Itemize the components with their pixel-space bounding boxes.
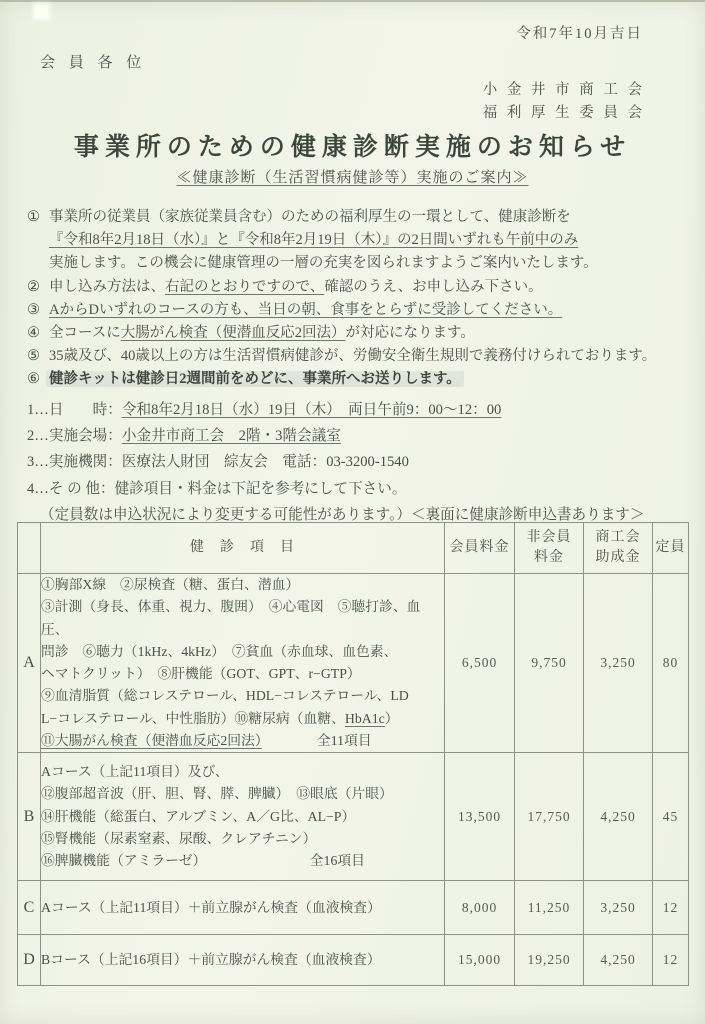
exam-items: ①胸部X線 ②尿検査（糖、蛋白、潜血）③計測（身長、体重、視力、腹囲） ④心電図… xyxy=(41,574,445,753)
scan-top-edge xyxy=(0,0,705,2)
exam-item-segment: Bコース（上記16項目）＋前立腺がん検査（血液検査） xyxy=(41,952,381,967)
table-row-C: CAコース（上記11項目）＋前立腺がん検査（血液検査）8,00011,2503,… xyxy=(18,881,689,935)
capacity: 12 xyxy=(653,881,689,935)
note-item: ⑤35歳及び、40歳以上の方は生活習慣病健診が、労働安全衛生規則で義務付けられて… xyxy=(27,345,687,368)
notes-list: ①事業所の従業員（家族従業員含む）のための福利厚生の一環として、健康診断を 『令… xyxy=(27,206,687,392)
exam-items: Bコース（上記16項目）＋前立腺がん検査（血液検査） xyxy=(41,935,445,986)
nonmember-fee: 17,750 xyxy=(515,753,584,881)
info-value: 小金井市商工会 2階・3階会議室 xyxy=(122,428,341,444)
exam-item-segment: 問診 ⑥聴力（1kHz、4kHz） ⑦貧血（赤血球、血色素、 xyxy=(41,644,397,659)
note-item: ③AからDいずれのコースの方も、当日の朝、食事をとらずに受診してください。 xyxy=(27,299,687,322)
member-fee: 6,500 xyxy=(445,574,515,753)
info-label: 3…実施機関： xyxy=(27,454,122,470)
course-letter: C xyxy=(18,881,41,935)
course-letter: B xyxy=(18,753,41,881)
exam-item-line: Aコース（上記11項目）及び、 xyxy=(41,761,444,783)
exam-items: Aコース（上記11項目）＋前立腺がん検査（血液検査） xyxy=(41,881,445,935)
exam-item-line: ⑭肝機能（総蛋白、アルブミン、A／G比、AL−P） xyxy=(41,806,444,828)
table-header-cell xyxy=(18,523,41,574)
note-segment: が対応になります。 xyxy=(346,325,475,341)
note-item: ⑥健診キットは健診日2週間前をめどに、事業所へお送りします。 xyxy=(27,368,687,391)
exam-item-line: ⑯脾臓機能（アミラーゼ） 全16項目 xyxy=(41,850,444,872)
table-header-row: 健 診 項 目会員料金非会員 料金商工会 助成金定員 xyxy=(18,523,689,574)
note-item: ④全コースに大腸がん検査（便潜血反応2回法）が対応になります。 xyxy=(27,322,687,345)
table-header-cell: 商工会 助成金 xyxy=(584,523,653,574)
note-text: 全コースに大腸がん検査（便潜血反応2回法）が対応になります。 xyxy=(49,322,687,345)
info-label: 1…日 時： xyxy=(27,402,122,418)
subsidy-amount: 3,250 xyxy=(584,881,653,935)
course-letter: A xyxy=(18,574,41,753)
info-value: 令和8年2月18日（水）19日（木） 両日午前9：00～12：00 xyxy=(122,402,501,418)
organization-block: 小 金 井 市 商 工 会 福 利 厚 生 委 員 会 xyxy=(483,79,645,125)
exam-item-line: ⑫腹部超音波（肝、胆、腎、膵、脾臓） ⑬眼底（片眼） xyxy=(41,783,444,805)
recipient-line: 会 員 各 位 xyxy=(40,51,146,72)
document-date: 令和7年10月吉日 xyxy=(516,22,643,43)
note-text: 申し込み方法は、右記のとおりですので、確認のうえ、お申し込み下さい。 xyxy=(49,276,687,299)
exam-item-segment: ⑪大腸がん検査（便潜血反応2回法） xyxy=(41,733,262,748)
info-line: 1…日 時：令和8年2月18日（水）19日（木） 両日午前9：00～12：00 xyxy=(27,397,695,423)
nonmember-fee: 19,250 xyxy=(515,935,584,986)
exam-item-line: Aコース（上記11項目）＋前立腺がん検査（血液検査） xyxy=(41,897,444,919)
info-list: 1…日 時：令和8年2月18日（水）19日（木） 両日午前9：00～12：002… xyxy=(27,397,695,502)
exam-item-segment: ③計測（身長、体重、視力、腹囲） ④心電図 ⑤聴打診、血圧、 xyxy=(41,599,420,636)
info-line: 2…実施会場：小金井市商工会 2階・3階会議室 xyxy=(27,423,695,449)
member-fee: 13,500 xyxy=(445,753,515,881)
note-segment: 事業所の従業員（家族従業員含む）のための福利厚生の一環として、健康診断を xyxy=(49,209,571,225)
note-text: AからDいずれのコースの方も、当日の朝、食事をとらずに受診してください。 xyxy=(49,299,687,322)
note-segment: 右記のとおりですので、 xyxy=(165,279,324,295)
exam-item-segment: ⑮腎機能（尿素窒素、尿酸、クレアチニン） xyxy=(41,831,316,846)
info-value: 健診項目・料金は下記を参考にして下さい。 xyxy=(115,481,407,497)
member-fee: 15,000 xyxy=(445,935,515,986)
subsidy-amount: 3,250 xyxy=(584,574,653,753)
note-segment: 申し込み方法は、 xyxy=(49,279,165,295)
exam-item-line: Bコース（上記16項目）＋前立腺がん検査（血液検査） xyxy=(41,949,444,971)
exam-item-segment: Aコース（上記11項目）＋前立腺がん検査（血液検査） xyxy=(41,900,381,915)
nonmember-fee: 11,250 xyxy=(515,881,584,935)
subtitle-text: ≪健康診断（生活習慣病健診等）実施のご案内≫ xyxy=(176,170,528,186)
exam-item-segment: 全11項目 xyxy=(262,733,372,748)
table-header-cell: 健 診 項 目 xyxy=(41,523,445,574)
page-subtitle: ≪健康診断（生活習慣病健診等）実施のご案内≫ xyxy=(0,166,705,187)
note-number: ③ xyxy=(27,299,49,322)
exam-item-line: ⑨血清脂質（総コレステロール、HDL−コレステロール、LD xyxy=(41,685,444,707)
table-header-cell: 会員料金 xyxy=(445,523,515,574)
table-body: A①胸部X線 ②尿検査（糖、蛋白、潜血）③計測（身長、体重、視力、腹囲） ④心電… xyxy=(18,574,689,986)
exam-item-line: ⑮腎機能（尿素窒素、尿酸、クレアチニン） xyxy=(41,828,444,850)
note-number: ④ xyxy=(27,322,49,345)
exam-item-segment: ⑨血清脂質（総コレステロール、HDL−コレステロール、LD xyxy=(41,688,409,703)
course-letter: D xyxy=(18,935,41,986)
exam-item-segment: L−コレステロール、中性脂肪）⑩糖尿病（血糖、 xyxy=(41,711,345,726)
info-line: 4…そ の 他：健診項目・料金は下記を参考にして下さい。 xyxy=(27,476,695,502)
note-segment: 35歳及び、40歳以上の方は生活習慣病健診が、労働安全衛生規則で義務付けられてお… xyxy=(49,348,656,364)
note-segment: 確認のうえ、お申し込み下さい。 xyxy=(324,279,542,295)
note-segment: 実施します。この機会に健康管理の一層の充実を図られますようご案内いたします。 xyxy=(49,255,598,271)
note-text: 35歳及び、40歳以上の方は生活習慣病健診が、労働安全衛生規則で義務付けられてお… xyxy=(49,345,687,368)
exam-item-segment: ⑯脾臓機能（アミラーゼ） xyxy=(41,853,199,868)
member-fee: 8,000 xyxy=(445,881,515,935)
note-segment: 健診キットは健診日2週間前をめどに、事業所へお送りします。 xyxy=(49,371,461,387)
subsidy-amount: 4,250 xyxy=(584,935,653,986)
info-label: 4…そ の 他： xyxy=(27,481,115,497)
exam-item-segment: HbA1c xyxy=(345,711,385,726)
organization-name: 小 金 井 市 商 工 会 xyxy=(483,79,645,102)
note-text: 事業所の従業員（家族従業員含む）のための福利厚生の一環として、健康診断を 『令和… xyxy=(49,206,687,276)
info-label: 2…実施会場： xyxy=(27,428,122,444)
note-segment: 大腸がん検査（便潜血反応2回法） xyxy=(121,325,346,341)
exam-item-line: ヘマトクリット） ⑧肝機能（GOT、GPT、r−GTP） xyxy=(41,663,444,685)
page-title: 事業所のための健康診断実施のお知らせ xyxy=(0,127,705,163)
exam-item-segment: ①胸部X線 ②尿検査（糖、蛋白、潜血） xyxy=(41,577,299,592)
exam-item-segment: Aコース（上記11項目）及び、 xyxy=(41,764,229,779)
exam-item-segment: 全16項目 xyxy=(199,853,365,868)
capacity: 45 xyxy=(653,753,689,881)
nonmember-fee: 9,750 xyxy=(515,574,584,753)
exam-item-segment: ヘマトクリット） ⑧肝機能（GOT、GPT、r−GTP） xyxy=(41,666,361,681)
exam-item-segment: ） xyxy=(385,711,399,726)
exam-item-line: 問診 ⑥聴力（1kHz、4kHz） ⑦貧血（赤血球、血色素、 xyxy=(41,641,444,663)
pricing-table: 健 診 項 目会員料金非会員 料金商工会 助成金定員 A①胸部X線 ②尿検査（糖… xyxy=(17,522,689,986)
note-number: ⑤ xyxy=(27,345,49,368)
note-item: ①事業所の従業員（家族従業員含む）のための福利厚生の一環として、健康診断を 『令… xyxy=(27,206,687,276)
table-row-D: DBコース（上記16項目）＋前立腺がん検査（血液検査）15,00019,2504… xyxy=(18,935,689,986)
exam-item-line: ⑪大腸がん検査（便潜血反応2回法） 全11項目 xyxy=(41,730,444,752)
exam-item-segment: ⑫腹部超音波（肝、胆、腎、膵、脾臓） ⑬眼底（片眼） xyxy=(41,786,393,801)
exam-item-segment: ⑭肝機能（総蛋白、アルブミン、A／G比、AL−P） xyxy=(41,809,355,824)
subsidy-amount: 4,250 xyxy=(584,753,653,881)
table-header-cell: 定員 xyxy=(653,523,689,574)
scanned-page: 令和7年10月吉日 会 員 各 位 小 金 井 市 商 工 会 福 利 厚 生 … xyxy=(0,0,705,1024)
exam-item-line: ①胸部X線 ②尿検査（糖、蛋白、潜血） xyxy=(41,574,444,596)
info-line: 3…実施機関：医療法人財団 綜友会 電話：03-3200-1540 xyxy=(27,449,695,475)
note-item: ②申し込み方法は、右記のとおりですので、確認のうえ、お申し込み下さい。 xyxy=(27,276,687,299)
scan-artifact xyxy=(35,5,48,18)
capacity: 12 xyxy=(653,935,689,986)
note-number: ① xyxy=(27,206,49,276)
table-row-A: A①胸部X線 ②尿検査（糖、蛋白、潜血）③計測（身長、体重、視力、腹囲） ④心電… xyxy=(18,574,689,753)
note-text: 健診キットは健診日2週間前をめどに、事業所へお送りします。 xyxy=(49,368,687,391)
note-segment: 全コースに xyxy=(49,325,121,341)
exam-item-line: ③計測（身長、体重、視力、腹囲） ④心電図 ⑤聴打診、血圧、 xyxy=(41,596,444,641)
exam-item-line: L−コレステロール、中性脂肪）⑩糖尿病（血糖、HbA1c） xyxy=(41,708,444,730)
exam-items: Aコース（上記11項目）及び、⑫腹部超音波（肝、胆、腎、膵、脾臓） ⑬眼底（片眼… xyxy=(41,753,445,881)
committee-name: 福 利 厚 生 委 員 会 xyxy=(483,102,645,125)
capacity: 80 xyxy=(653,574,689,753)
note-number: ⑥ xyxy=(27,368,49,391)
table-header-cell: 非会員 料金 xyxy=(515,523,584,574)
table-row-B: BAコース（上記11項目）及び、⑫腹部超音波（肝、胆、腎、膵、脾臓） ⑬眼底（片… xyxy=(18,753,689,881)
note-number: ② xyxy=(27,276,49,299)
note-segment: AからDいずれのコースの方も、当日の朝、食事をとらずに受診してください。 xyxy=(49,302,562,318)
info-value: 医療法人財団 綜友会 電話：03-3200-1540 xyxy=(122,454,409,470)
note-segment: 『令和8年2月18日（水）』と『令和8年2月19日（木）』の2日間いずれも午前中… xyxy=(49,232,578,248)
